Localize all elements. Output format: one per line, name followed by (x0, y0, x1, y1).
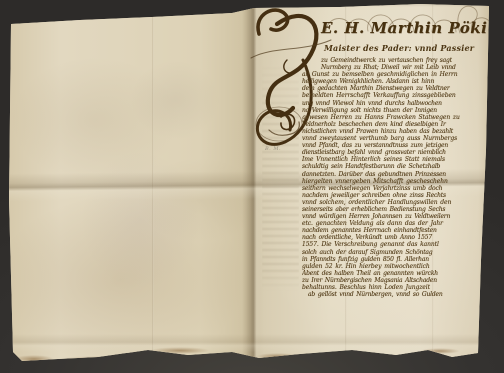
body-line: behaltunns. Beschlus hinn Loden Jungzeit (302, 284, 475, 291)
body-line: seinerseits aber erheblichem Bedienstung… (302, 206, 475, 213)
paper-stain (130, 60, 220, 140)
body-line: nichstlichen vnnd Prawen hinzu haben das… (302, 128, 475, 135)
body-line: dem gedachten Marthin Dienstwegen zu Vel… (302, 85, 475, 92)
pencil-annotation: B. M. (265, 146, 281, 152)
body-line: Nurmberg zu Rhat; Diweil wir mit Leib vn… (302, 64, 475, 71)
body-line: ung vnnd Wiewol hin vnnd durchs halbwoch… (302, 100, 475, 107)
body-line: nach ordentliche, Verkündt umb Anno 1557 (302, 234, 475, 241)
foxing-spot (60, 356, 140, 362)
body-line: vnnd zweytausent verthumb barg auss Nurm… (302, 135, 475, 142)
body-line: bemeldten Herrschafft Verkauffung zinssg… (302, 92, 475, 99)
body-line: heiligwegen Wenigkhlichen. Alsdann ist h… (302, 78, 475, 85)
body-line: in Pfanndts funfzig gulden 850 fl. Aller… (302, 256, 475, 263)
body-line: schuldtig sein Handtfestbarunn die Schet… (302, 163, 475, 170)
body-line: solch auch der darauf Sigmunden Schöntag (302, 249, 475, 256)
body-line: nachdem jeweiliger schreiben ohne zinss … (302, 192, 475, 199)
body-line: Veldnerholz beschechen dem kind dieselbi… (302, 121, 475, 128)
body-line: dannetzten. Darüber das gebundtnen Prinz… (302, 171, 475, 178)
body-line: etc. genachten Veldung als dann das der … (302, 220, 475, 227)
body-line: hiergelten vnnergeben Mitschafft gesches… (302, 178, 475, 185)
body-line: na Verwilligung solt nichts thuen der In… (302, 107, 475, 114)
body-line: vnnd würdigen Herren Johannsen zu Veldtw… (302, 213, 475, 220)
document-heading: E. H. Marthin Pöki. (321, 19, 493, 37)
manuscript-sheet: E. H. Marthin Pöki. Maister des Pader: v… (0, 0, 504, 373)
body-line: Ime Vnnentlich Hinterlich seines Statt n… (302, 156, 475, 163)
body-line: 1557. Die Verschreibung genannt das kann… (302, 241, 475, 248)
body-line: all Gunst zu bemselben geschmidiglichen … (302, 71, 475, 78)
photo-backdrop: E. H. Marthin Pöki. Maister des Pader: v… (0, 0, 504, 373)
body-line: Abent des halben Theil an genannten würc… (302, 270, 475, 277)
horizontal-fold-lower (0, 334, 504, 352)
body-line: ab gellöst vnnd Nürnbergen, vnnd so Guld… (302, 291, 475, 298)
body-line: zu Gemeindtwerck zu vertauschen frey sag… (302, 57, 475, 64)
body-line: dienstleistbarg befahl vnnd grossvater n… (302, 149, 475, 156)
document-subheading: Maister des Pader: vnnd Passier (324, 43, 492, 53)
body-line: seithern wechselwegen Verjahrtzinss umb … (302, 185, 475, 192)
body-line: gulden 52 kr. Hin hierbey mitwochentlich (302, 263, 475, 270)
body-line: gewesen Herren zu Hanns Frawcken Statweg… (302, 114, 475, 121)
body-line: nachdem genanntes Herrnach einhandtfeste… (302, 227, 475, 234)
body-text: zu Gemeindtwerck zu vertauschen frey sag… (302, 57, 475, 298)
foxing-spot (14, 355, 54, 363)
body-line: zu Irer Nürnbergischen Magsania Altschad… (302, 277, 475, 284)
body-line: vnnd solchem, ordentlicher Handlungswill… (302, 199, 475, 206)
body-line: vnnd Pfandt, das zu verstanndtnuss zum j… (302, 142, 475, 149)
